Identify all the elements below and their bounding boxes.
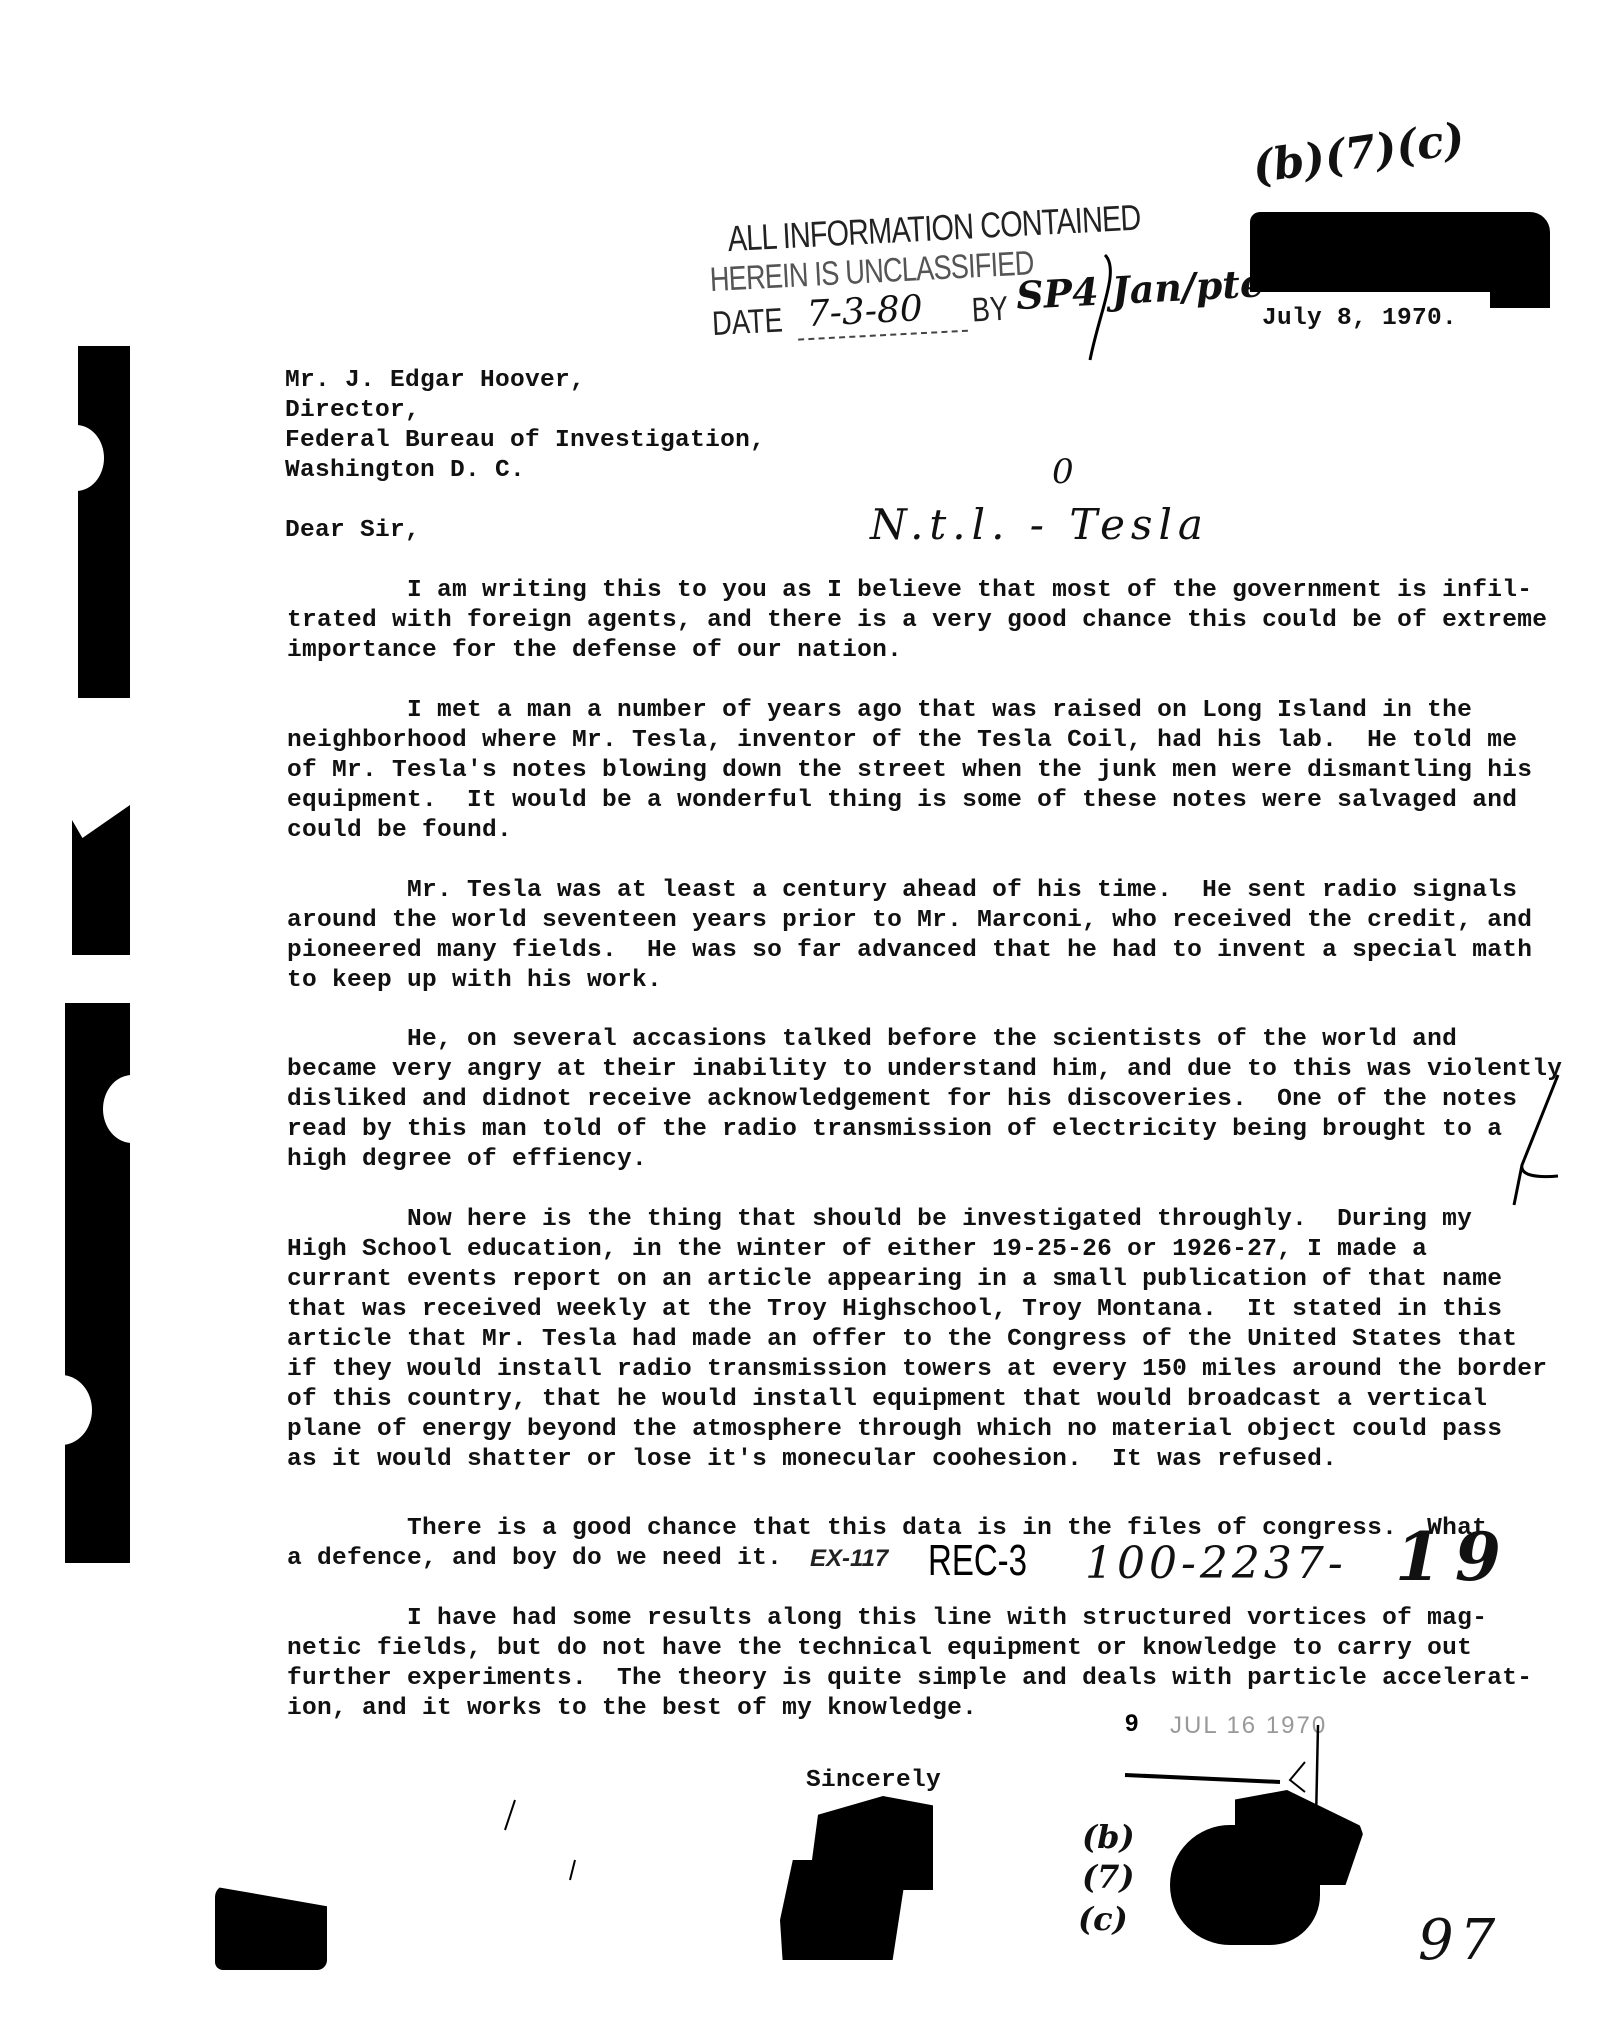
- recipient-name: Mr. J. Edgar Hoover,: [285, 366, 585, 396]
- paragraph-line: if they would install radio transmission…: [287, 1355, 1587, 1385]
- paragraph-line: I have had some results along this line …: [287, 1604, 1587, 1634]
- recipient-title: Director,: [285, 396, 420, 426]
- handwritten-note-tesla: N.t.l. - Tesla: [870, 500, 1209, 549]
- stamp-date-label: DATE: [711, 301, 783, 344]
- signature-exemption-b: (b): [1082, 1818, 1135, 1856]
- declassification-stamp: ALL INFORMATION CONTAINED HEREIN IS UNCL…: [707, 191, 1254, 359]
- paragraph-line: that was received weekly at the Troy Hig…: [287, 1295, 1587, 1325]
- paragraph-line: to keep up with his work.: [287, 966, 1587, 996]
- scan-margin-strip-upper-mid: [72, 805, 130, 955]
- paragraph-line: I am writing this to you as I believe th…: [287, 576, 1587, 606]
- paragraph-line: read by this man told of the radio trans…: [287, 1115, 1587, 1145]
- recipient-address: Washington D. C.: [285, 456, 525, 486]
- paragraph-line: He, on several accasions talked before t…: [287, 1025, 1587, 1055]
- paragraph-3: Mr. Tesla was at least a century ahead o…: [287, 876, 1587, 996]
- stray-pen-marks-icon: [480, 1790, 600, 1910]
- paragraph-line: pioneered many fields. He was so far adv…: [287, 936, 1587, 966]
- paragraph-line: ion, and it works to the best of my know…: [287, 1694, 1587, 1724]
- paragraph-line: equipment. It would be a wonderful thing…: [287, 786, 1587, 816]
- paragraph-line: importance for the defense of our nation…: [287, 636, 1587, 666]
- paragraph-line: I met a man a number of years ago that w…: [287, 696, 1587, 726]
- punch-hole: [103, 1075, 161, 1143]
- redaction-block-signature-lower: [780, 1860, 908, 1960]
- paragraph-line: neighborhood where Mr. Tesla, inventor o…: [287, 726, 1587, 756]
- scan-margin-strip-top: [78, 346, 130, 698]
- paragraph-line: High School education, in the winter of …: [287, 1235, 1587, 1265]
- signature-stroke-icon: [1060, 250, 1140, 370]
- letter-date: July 8, 1970.: [1262, 304, 1457, 334]
- paragraph-line: Mr. Tesla was at least a century ahead o…: [287, 876, 1587, 906]
- paragraph-line: Now here is the thing that should be inv…: [287, 1205, 1587, 1235]
- redaction-block-left: [215, 1885, 327, 1970]
- stamp-date-value: 7-3-80: [806, 288, 924, 335]
- redaction-block-top-extension: [1490, 268, 1550, 308]
- exemption-code-note: (b)(7)(c): [1249, 113, 1467, 193]
- paragraph-line: currant events report on an article appe…: [287, 1265, 1587, 1295]
- paragraph-line: of Mr. Tesla's notes blowing down the st…: [287, 756, 1587, 786]
- paragraph-line: of this country, that he would install e…: [287, 1385, 1587, 1415]
- paragraph-line: high degree of effiency.: [287, 1145, 1587, 1175]
- file-serial-number: 19: [1395, 1518, 1515, 1596]
- stamp-by-label: BY: [971, 290, 1009, 331]
- paragraph-line: disliked and didnot receive acknowledgem…: [287, 1085, 1587, 1115]
- paragraph-4: He, on several accasions talked before t…: [287, 1025, 1587, 1175]
- paragraph-line: article that Mr. Tesla had made an offer…: [287, 1325, 1587, 1355]
- paragraph-line: became very angry at their inability to …: [287, 1055, 1587, 1085]
- paragraph-line: as it would shatter or lose it's monecul…: [287, 1445, 1587, 1475]
- signature-exemption-7: (7): [1082, 1858, 1135, 1896]
- paragraph-5: Now here is the thing that should be inv…: [287, 1205, 1587, 1475]
- ex-number-stamp: EX-117: [810, 1545, 888, 1573]
- redaction-block-right-upper: [1235, 1790, 1365, 1885]
- rec-number-stamp: REC-3: [928, 1536, 1027, 1586]
- paragraph-2: I met a man a number of years ago that w…: [287, 696, 1587, 846]
- paragraph-7: I have had some results along this line …: [287, 1604, 1587, 1724]
- page-mark: 97: [1418, 1908, 1501, 1973]
- file-number: 100-2237-: [1085, 1538, 1347, 1589]
- handwritten-mark: 0: [1052, 452, 1074, 492]
- paragraph-line: plane of energy beyond the atmosphere th…: [287, 1415, 1587, 1445]
- closing: Sincerely: [806, 1766, 941, 1796]
- paragraph-line: netic fields, but do not have the techni…: [287, 1634, 1587, 1664]
- salutation: Dear Sir,: [285, 516, 420, 546]
- punch-hole: [48, 425, 104, 491]
- paragraph-line: further experiments. The theory is quite…: [287, 1664, 1587, 1694]
- scanned-letter-page: (b)(7)(c) ALL INFORMATION CONTAINED HERE…: [0, 0, 1600, 2035]
- margin-bracket-mark-icon: [1500, 1070, 1570, 1210]
- stamp-by-signature: SP4 Jan/pte: [1015, 260, 1265, 318]
- signature-exemption-c: (c): [1078, 1900, 1128, 1938]
- punch-hole: [30, 1375, 92, 1445]
- recipient-organization: Federal Bureau of Investigation,: [285, 426, 765, 456]
- paragraph-1: I am writing this to you as I believe th…: [287, 576, 1587, 666]
- paragraph-line: around the world seventeen years prior t…: [287, 906, 1587, 936]
- paragraph-line: trated with foreign agents, and there is…: [287, 606, 1587, 636]
- paragraph-line: could be found.: [287, 816, 1587, 846]
